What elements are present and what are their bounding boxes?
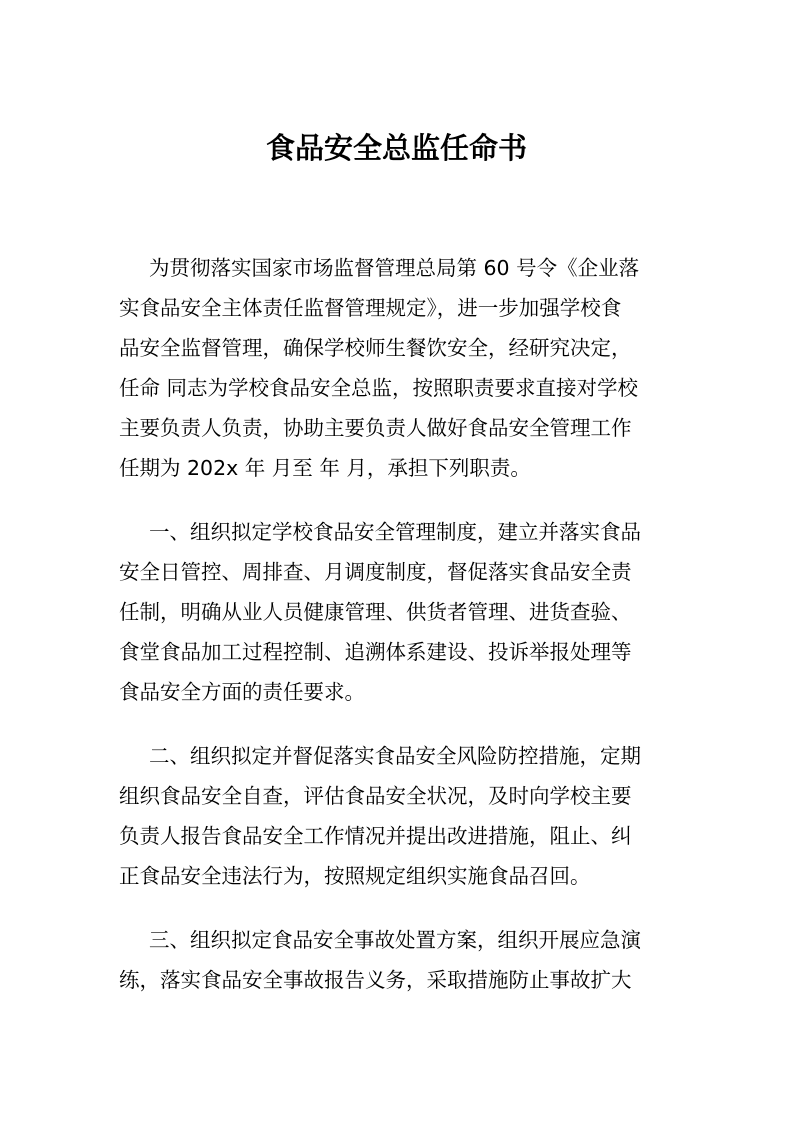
text-line: 主要负责人负责，协助主要负责人做好食品安全管理工作 bbox=[119, 408, 679, 448]
text-line: 二、组织拟定并督促落实食品安全风险防控措施，定期 bbox=[119, 736, 679, 776]
text-line: 正食品安全违法行为，按照规定组织实施食品召回。 bbox=[119, 856, 679, 896]
paragraph-duty-2: 二、组织拟定并督促落实食品安全风险防控措施，定期 组织食品安全自查，评估食品安全… bbox=[119, 736, 679, 896]
text-line: 组织食品安全自查，评估食品安全状况，及时向学校主要 bbox=[119, 776, 679, 816]
text-line: 练，落实食品安全事故报告义务，采取措施防止事故扩大 bbox=[119, 960, 679, 1000]
document-page: 食品安全总监任命书 为贯彻落实国家市场监督管理总局第 60 号令《企业落 实食品… bbox=[0, 0, 793, 1122]
text-line: 任命 同志为学校食品安全总监，按照职责要求直接对学校 bbox=[119, 368, 679, 408]
text-line: 安全日管控、周排查、月调度制度，督促落实食品安全责 bbox=[119, 552, 679, 592]
text-line: 食堂食品加工过程控制、追溯体系建设、投诉举报处理等 bbox=[119, 632, 679, 672]
text-line: 实食品安全主体责任监督管理规定》，进一步加强学校食 bbox=[119, 288, 679, 328]
text-line: 品安全监督管理，确保学校师生餐饮安全，经研究决定， bbox=[119, 328, 679, 368]
text-line: 三、组织拟定食品安全事故处置方案，组织开展应急演 bbox=[119, 920, 679, 960]
text-line: 食品安全方面的责任要求。 bbox=[119, 672, 679, 712]
text-line: 负责人报告食品安全工作情况并提出改进措施，阻止、纠 bbox=[119, 816, 679, 856]
text-line: 任期为 202x 年 月至 年 月，承担下列职责。 bbox=[119, 448, 679, 488]
paragraph-intro: 为贯彻落实国家市场监督管理总局第 60 号令《企业落 实食品安全主体责任监督管理… bbox=[119, 248, 679, 488]
paragraph-duty-1: 一、组织拟定学校食品安全管理制度，建立并落实食品 安全日管控、周排查、月调度制度… bbox=[119, 512, 679, 712]
text-line: 任制，明确从业人员健康管理、供货者管理、进货查验、 bbox=[119, 592, 679, 632]
document-body: 为贯彻落实国家市场监督管理总局第 60 号令《企业落 实食品安全主体责任监督管理… bbox=[119, 248, 679, 1024]
text-line: 为贯彻落实国家市场监督管理总局第 60 号令《企业落 bbox=[119, 248, 679, 288]
paragraph-duty-3: 三、组织拟定食品安全事故处置方案，组织开展应急演 练，落实食品安全事故报告义务，… bbox=[119, 920, 679, 1000]
text-line: 一、组织拟定学校食品安全管理制度，建立并落实食品 bbox=[119, 512, 679, 552]
document-title: 食品安全总监任命书 bbox=[0, 128, 793, 168]
